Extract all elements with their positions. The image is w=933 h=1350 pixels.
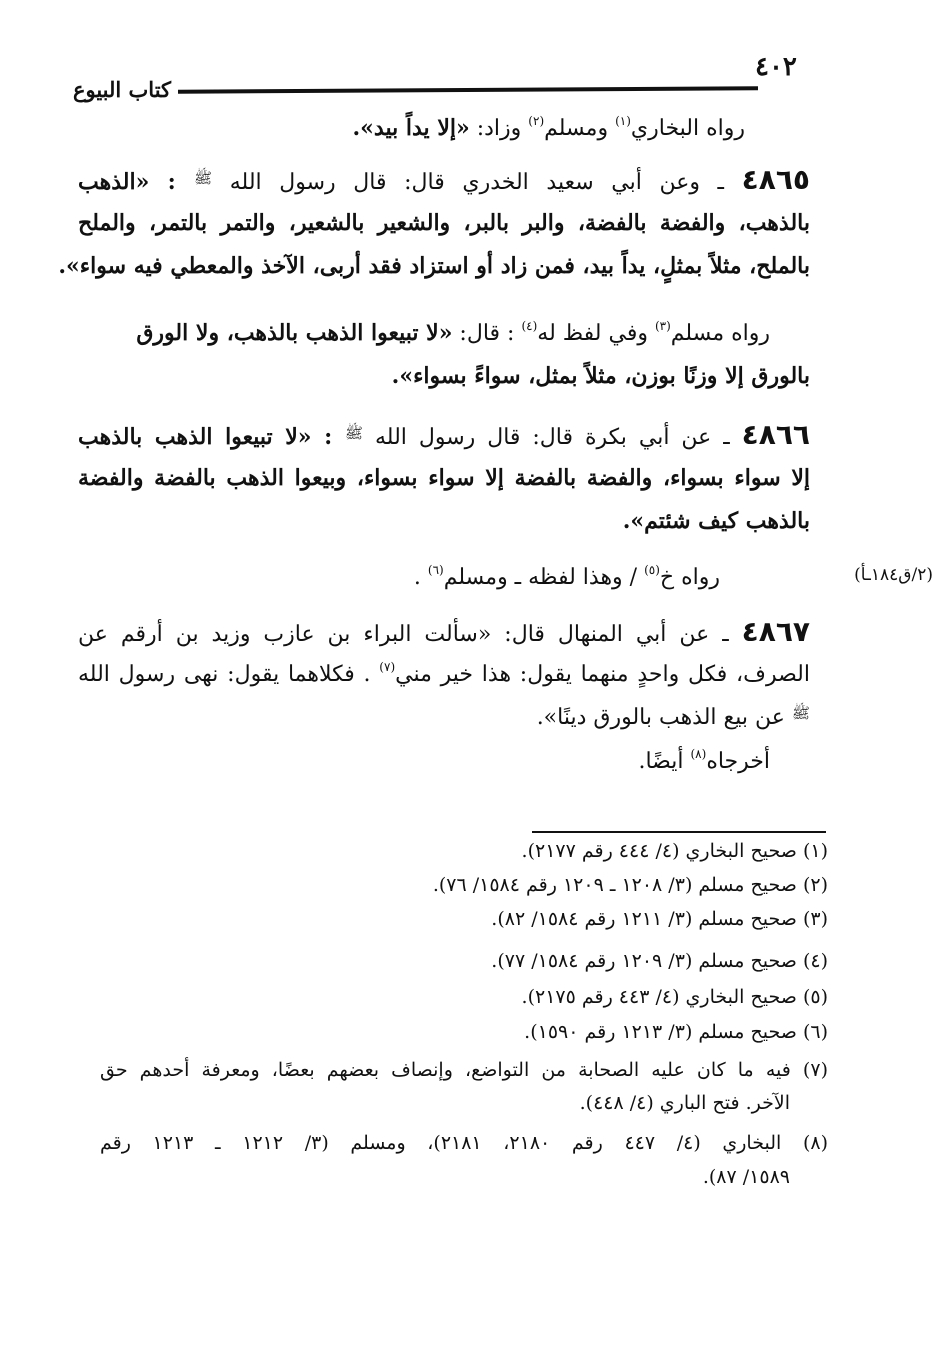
narration-text: أخرجاه <box>706 749 770 774</box>
narration-text: وزاد: <box>470 116 529 141</box>
hadith-quote: : «الذهب <box>78 169 194 195</box>
footnote-text: صحيح مسلم (٣/ ١٢١١ رقم ١٥٨٤/ ٨٢). <box>491 908 797 930</box>
hadith-4867-line-2: الصرف، فكل واحدٍ منهما يقول: هذا خير مني… <box>78 655 810 695</box>
footnote-5: (٥) صحيح البخاري (٤/ ٤٤٣ رقم ٢١٧٥). <box>100 982 828 1012</box>
footnote-ref: (٤) <box>521 319 537 333</box>
footnote-separator <box>532 831 826 833</box>
hadith-4865-narration-line-2: بالورق إلا وزنًا بوزن، مثلاً بمثل، سواءً… <box>78 356 810 396</box>
hadith-4865-narration: رواه مسلم(٣) وفي لفظ له(٤) : قال: «لا تب… <box>78 313 810 354</box>
narration-text: : قال: <box>452 321 521 346</box>
hadith-text: عن بيع الذهب بالورق دينًا». <box>537 705 792 730</box>
hadith-4866-line-2: إلا سواء بسواء، والفضة بالفضة إلا سواء ب… <box>78 458 810 498</box>
footnote-text: صحيح البخاري (٤/ ٤٤٣ رقم ٢١٧٥). <box>522 986 797 1008</box>
hadith-quote: : «لا تبيعوا الذهب بالذهب <box>78 424 345 450</box>
hadith-quote: «لا تبيعوا الذهب بالذهب، ولا الورق <box>136 320 452 346</box>
footnote-label: (١) <box>803 840 828 862</box>
footnote-label: (٢) <box>803 874 828 896</box>
footnote-3: (٣) صحيح مسلم (٣/ ١٢١١ رقم ١٥٨٤/ ٨٢). <box>100 904 828 934</box>
header-rule <box>178 86 758 94</box>
hadith-4867-line-3: ﷺ عن بيع الذهب بالورق دينًا». <box>78 698 810 738</box>
footnote-text: صحيح البخاري (٤/ ٤٤٤ رقم ٢١٧٧). <box>522 840 797 862</box>
footnote-ref: (٢) <box>528 114 544 128</box>
hadith-4866-line-1: ٤٨٦٦ ـ عن أبي بكرة قال: قال رسول الله ﷺ … <box>78 415 810 458</box>
hadith-4867-narration: أخرجاه(٨) أيضًا. <box>78 742 810 782</box>
footnote-ref: (٣) <box>655 319 671 333</box>
footnote-ref: (٥) <box>644 563 660 577</box>
narration-text: . <box>414 565 428 590</box>
footnote-8: (٨) البخاري (٤/ ٤٤٧ رقم ٢١٨٠، ٢١٨١)، ومس… <box>100 1128 828 1158</box>
narration-text: رواه خ <box>660 565 720 590</box>
hadith-4865-line-3: بالملح، مثلاً بمثلٍ، يداً بيد، فمن زاد أ… <box>78 246 810 286</box>
hadith-text: ـ عن أبي المنهال قال: <box>491 622 741 647</box>
narration-text: رواه مسلم <box>671 321 770 346</box>
footnote-ref: (١) <box>615 114 631 128</box>
hadith-quote: «سألت البراء بن عازب وزيد بن أرقم عن <box>78 622 491 647</box>
footnote-text: صحيح مسلم (٣/ ١٢٠٩ رقم ١٥٨٤/ ٧٧). <box>491 950 797 972</box>
intro-narration: رواه البخاري(١) ومسلم(٢) وزاد: «إلا يداً… <box>78 108 810 149</box>
narration-text: / وهذا لفظه ـ ومسلم <box>444 565 644 590</box>
hadith-text: الصرف، فكل واحدٍ منهما يقول: هذا خير مني <box>395 662 810 687</box>
footnote-8-continuation: ١٥٨٩/ ٨٧). <box>100 1162 828 1192</box>
book-page: ٤٠٢ كتاب البيوع رواه البخاري(١) ومسلم(٢)… <box>0 0 933 1350</box>
hadith-4865-line-1: ٤٨٦٥ ـ وعن أبي سعيد الخدري قال: قال رسول… <box>78 160 810 203</box>
footnote-ref: (٦) <box>428 563 444 577</box>
salla-ligature-icon: ﷺ <box>345 426 363 441</box>
manuscript-margin-note: (٢/ق١٨٤ـأ) <box>822 563 933 587</box>
hadith-number: ٤٨٦٦ <box>742 418 810 451</box>
narration-text: أيضًا. <box>638 749 690 774</box>
hadith-4866-line-3: بالذهب كيف شئتم». <box>78 501 810 541</box>
narration-text: ومسلم <box>544 116 615 141</box>
book-title: كتاب البيوع <box>68 76 176 104</box>
footnote-1: (١) صحيح البخاري (٤/ ٤٤٤ رقم ٢١٧٧). <box>100 836 828 866</box>
page-number: ٤٠٢ <box>755 52 810 82</box>
footnote-label: (٨) <box>803 1132 828 1154</box>
narration-text: وفي لفظ له <box>537 321 655 346</box>
hadith-4866-narration: رواه خ(٥) / وهذا لفظه ـ ومسلم(٦) . <box>78 558 810 598</box>
footnote-text: صحيح مسلم (٣/ ١٢٠٨ ـ ١٢٠٩ رقم ١٥٨٤/ ٧٦). <box>433 874 797 896</box>
salla-ligature-icon: ﷺ <box>194 171 212 186</box>
hadith-text: ـ عن أبي بكرة قال: قال رسول الله <box>363 425 742 450</box>
footnote-label: (٣) <box>803 908 828 930</box>
footnote-ref: (٧) <box>379 660 395 674</box>
footnote-label: (٤) <box>803 950 828 972</box>
hadith-quote: «إلا يداً بيد». <box>353 115 470 141</box>
hadith-number: ٤٨٦٥ <box>742 163 810 196</box>
hadith-text: . فكلاهما يقول: نهى رسول الله <box>78 662 379 687</box>
footnote-2: (٢) صحيح مسلم (٣/ ١٢٠٨ ـ ١٢٠٩ رقم ١٥٨٤/ … <box>100 870 828 900</box>
footnote-7-continuation: الآخر. فتح الباري (٤/ ٤٤٨). <box>100 1088 828 1118</box>
footnote-label: (٧) <box>803 1059 828 1081</box>
footnote-text: البخاري (٤/ ٤٤٧ رقم ٢١٨٠، ٢١٨١)، ومسلم (… <box>100 1132 781 1154</box>
footnote-text: صحيح مسلم (٣/ ١٢١٣ رقم ١٥٩٠). <box>524 1021 797 1043</box>
footnote-6: (٦) صحيح مسلم (٣/ ١٢١٣ رقم ١٥٩٠). <box>100 1017 828 1047</box>
footnote-ref: (٨) <box>690 747 706 761</box>
hadith-number: ٤٨٦٧ <box>742 615 810 648</box>
hadith-4867-line-1: ٤٨٦٧ ـ عن أبي المنهال قال: «سألت البراء … <box>78 612 810 655</box>
salla-ligature-icon: ﷺ <box>792 706 810 721</box>
footnote-7: (٧) فيه ما كان عليه الصحابة من التواضع، … <box>100 1055 828 1085</box>
footnote-4: (٤) صحيح مسلم (٣/ ١٢٠٩ رقم ١٥٨٤/ ٧٧). <box>100 946 828 976</box>
hadith-4865-line-2: بالذهب، والفضة بالفضة، والبر بالبر، والش… <box>78 203 810 243</box>
footnote-label: (٥) <box>803 986 828 1008</box>
hadith-text: ـ وعن أبي سعيد الخدري قال: قال رسول الله <box>212 170 742 195</box>
footnote-label: (٦) <box>803 1021 828 1043</box>
footnote-text: فيه ما كان عليه الصحابة من التواضع، وإنص… <box>100 1059 791 1081</box>
narration-text: رواه البخاري <box>631 116 745 141</box>
